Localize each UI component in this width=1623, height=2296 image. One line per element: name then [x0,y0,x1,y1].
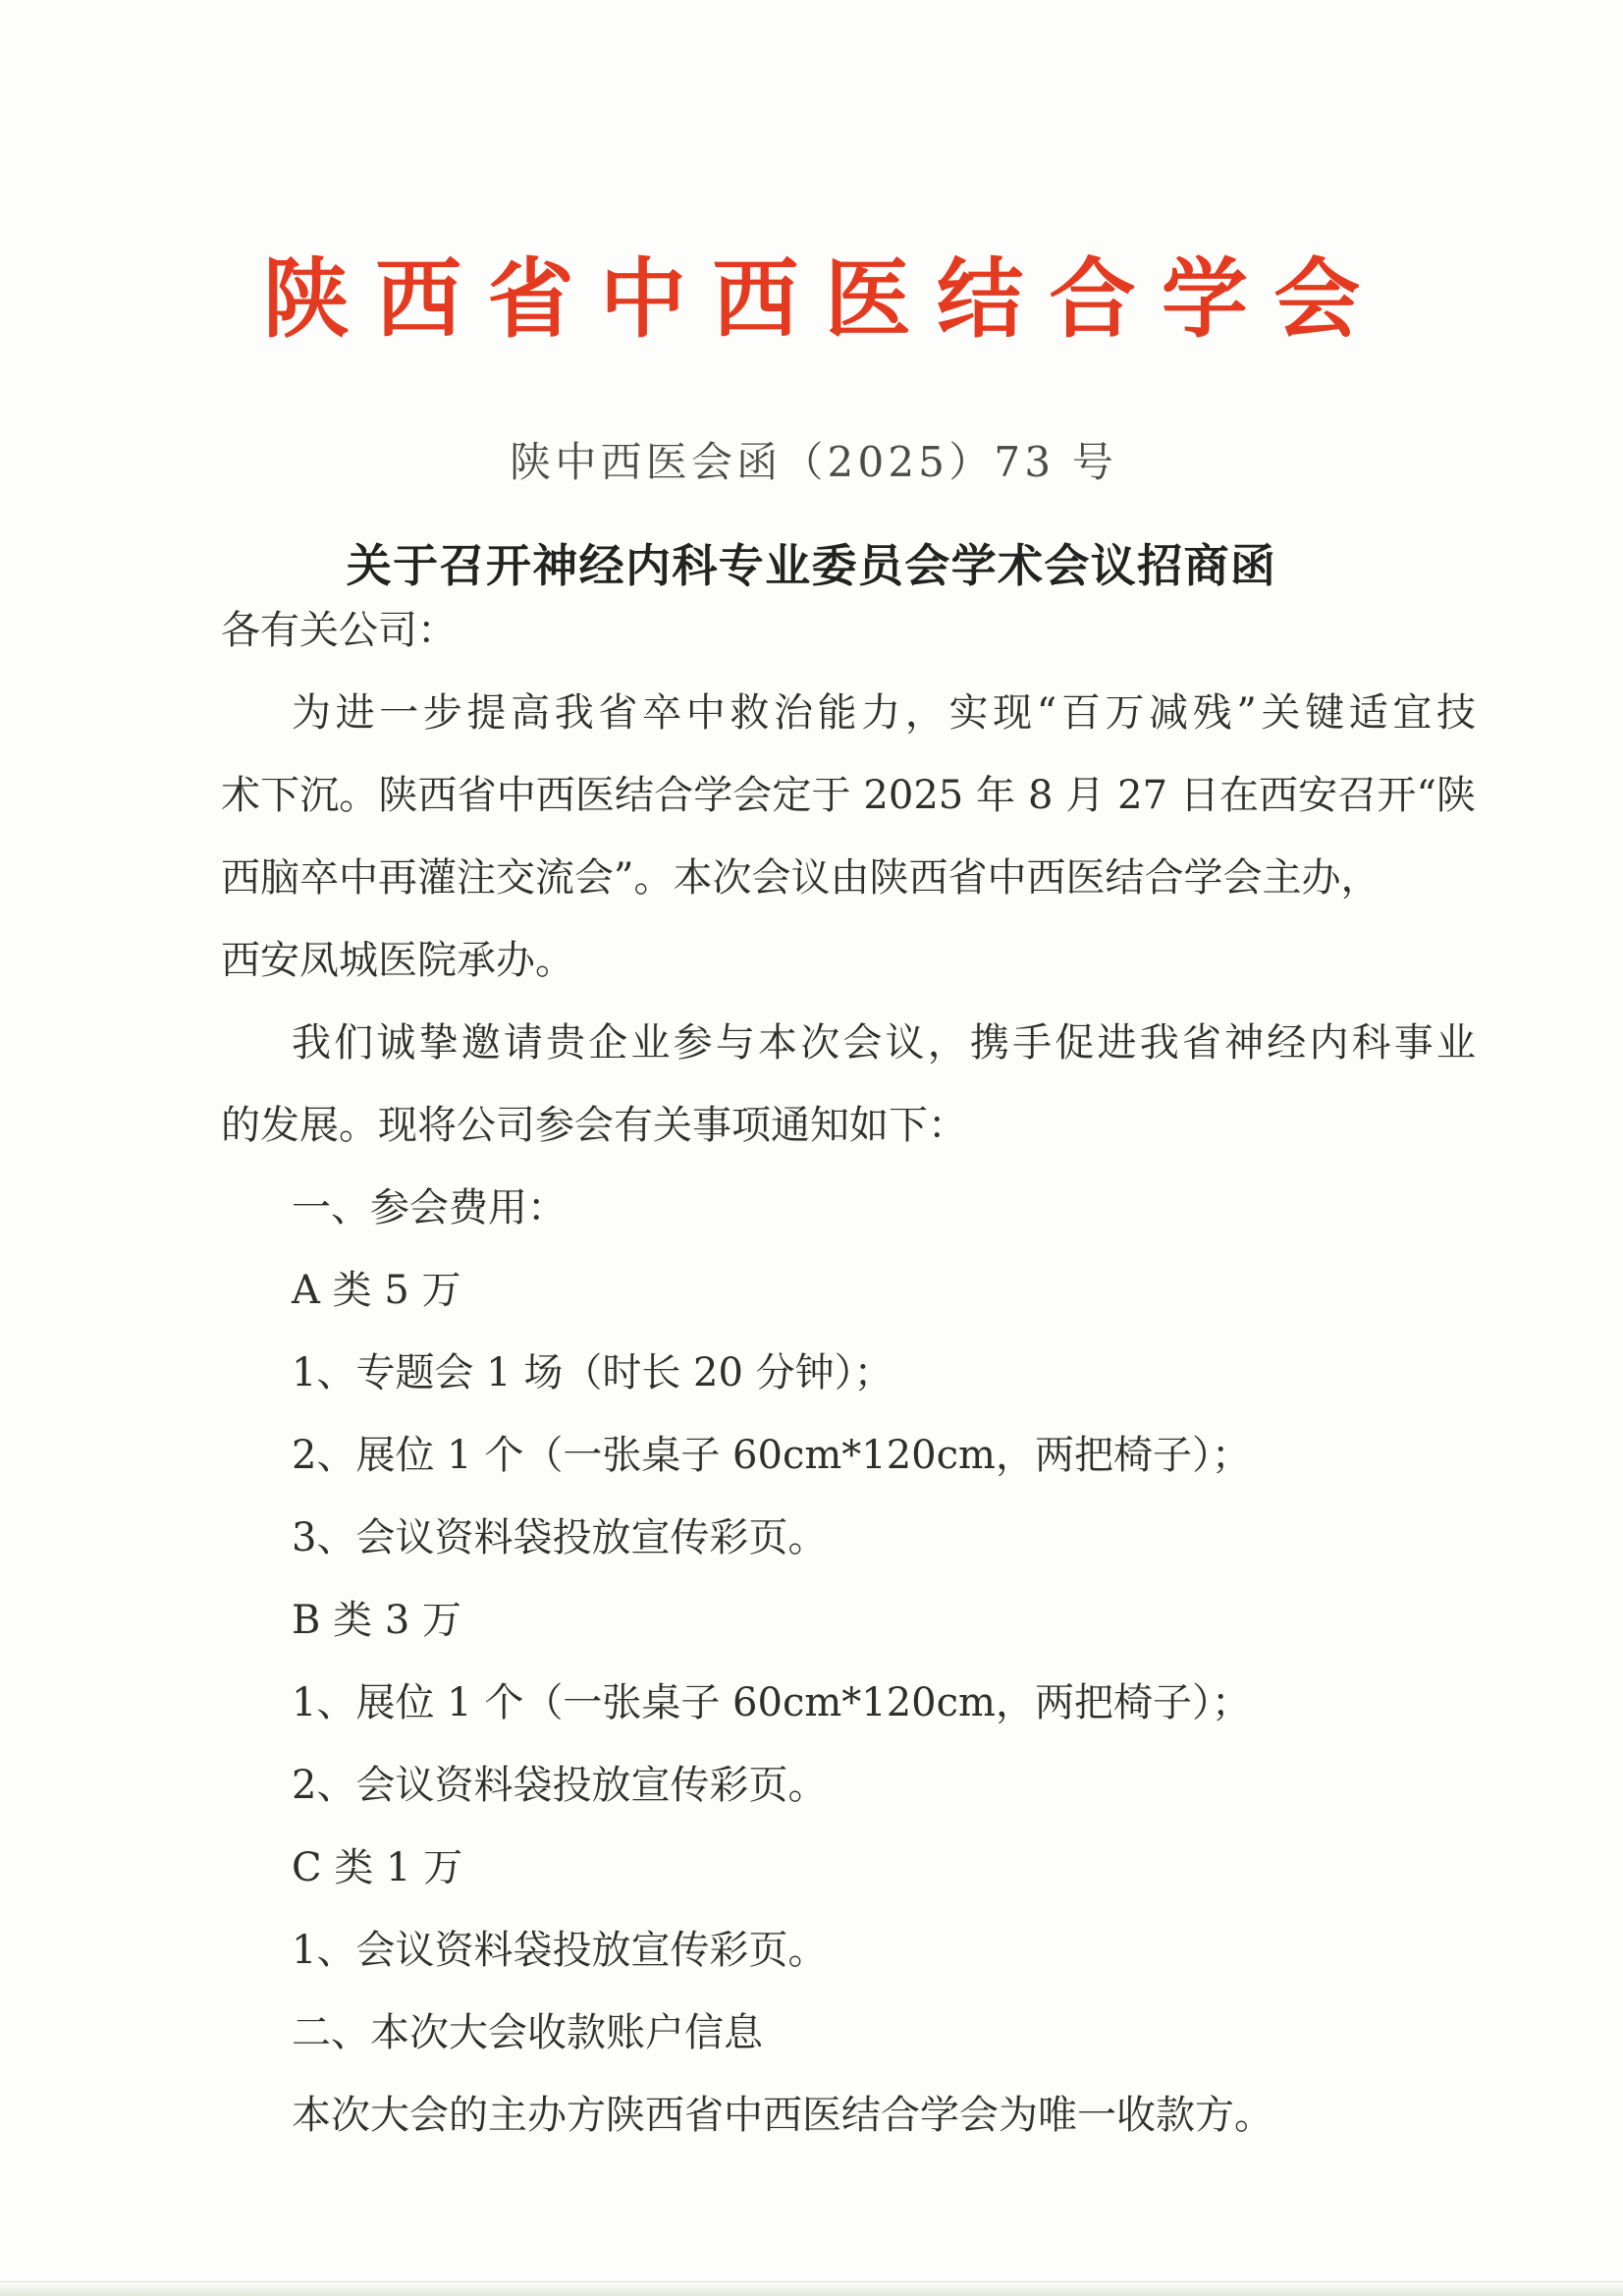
tier-b-item: 2、会议资料袋投放宣传彩页。 [221,1744,1476,1827]
tier-a-heading: A 类 5 万 [221,1249,1476,1332]
tier-b-heading: B 类 3 万 [221,1579,1476,1662]
section-heading-fees: 一、参会费用： [221,1167,1476,1249]
document-body: 各有关公司： 为进一步提高我省卒中救治能力，实现“百万减残”关键适宜技 术下沉。… [221,589,1476,2157]
body-line: 西脑卒中再灌注交流会”。本次会议由陕西省中西医结合学会主办， [221,837,1476,919]
salutation: 各有关公司： [221,589,1476,672]
scan-edge-artifact [0,2281,1623,2296]
tier-b-item: 1、展位 1 个（一张桌子 60cm*120cm，两把椅子）； [221,1662,1476,1744]
body-line: 我们诚挚邀请贵企业参与本次会议，携手促进我省神经内科事业 [221,1002,1476,1084]
tier-c-item: 1、会议资料袋投放宣传彩页。 [221,1909,1476,1992]
document-subject: 关于召开神经内科专业委员会学术会议招商函 [0,530,1623,595]
document-page: 陕西省中西医结合学会 陕中西医会函（2025）73 号 关于召开神经内科专业委员… [0,0,1623,2296]
body-line: 术下沉。陕西省中西医结合学会定于 2025 年 8 月 27 日在西安召开“陕 [221,754,1476,837]
document-number: 陕中西医会函（2025）73 号 [0,430,1623,489]
body-line: 西安凤城医院承办。 [221,919,1476,1002]
tier-c-heading: C 类 1 万 [221,1827,1476,1909]
body-line: 本次大会的主办方陕西省中西医结合学会为唯一收款方。 [221,2074,1476,2157]
body-line: 的发展。现将公司参会有关事项通知如下： [221,1084,1476,1167]
tier-a-item: 3、会议资料袋投放宣传彩页。 [221,1497,1476,1579]
tier-a-item: 2、展位 1 个（一张桌子 60cm*120cm，两把椅子）； [221,1414,1476,1497]
tier-a-item: 1、专题会 1 场（时长 20 分钟）； [221,1332,1476,1414]
section-heading-account: 二、本次大会收款账户信息 [221,1992,1476,2074]
organization-title: 陕西省中西医结合学会 [0,251,1623,347]
body-line: 为进一步提高我省卒中救治能力，实现“百万减残”关键适宜技 [221,672,1476,754]
